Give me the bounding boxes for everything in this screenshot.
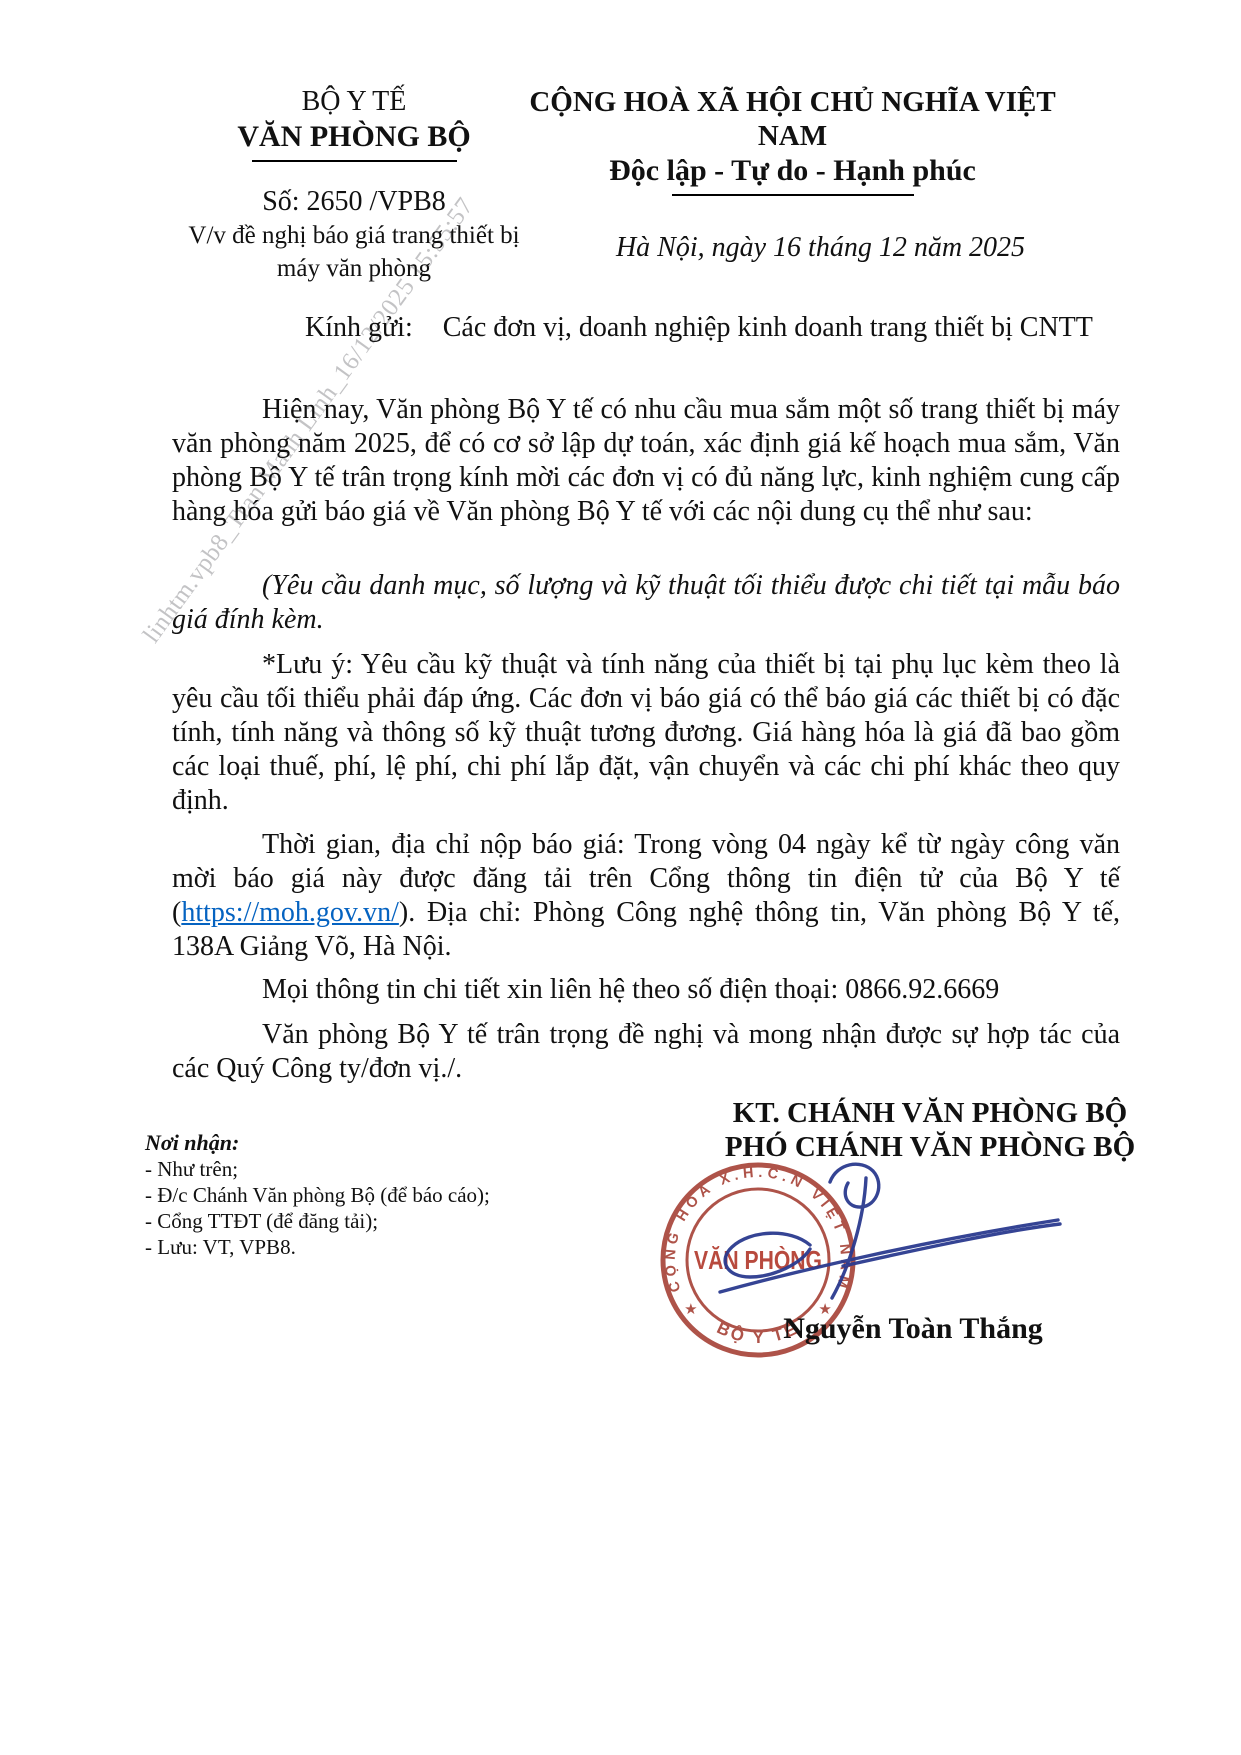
- body-paragraph-deadline-address: Thời gian, địa chỉ nộp báo giá: Trong vò…: [172, 828, 1120, 964]
- signature-top-curl: [830, 1164, 879, 1207]
- body-paragraph-closing: Văn phòng Bộ Y tế trân trọng đề nghị và …: [172, 1018, 1120, 1086]
- recipient-item: - Cổng TTĐT (để đăng tải);: [145, 1208, 490, 1234]
- header-national-motto: CỘNG HOÀ XÃ HỘI CHỦ NGHĨA VIỆT NAM Độc l…: [500, 85, 1085, 264]
- place-dateline: Hà Nội, ngày 16 tháng 12 năm 2025: [528, 232, 1113, 264]
- salutation-label: Kính gửi:: [305, 312, 413, 343]
- salutation-line: Kính gửi:Các đơn vị, doanh nghiệp kinh d…: [305, 312, 1093, 344]
- national-title: CỘNG HOÀ XÃ HỘI CHỦ NGHĨA VIỆT NAM: [500, 85, 1085, 153]
- signer-name: Nguyễn Toàn Thắng: [763, 1312, 1063, 1346]
- recipients-block: Nơi nhận: - Như trên; - Đ/c Chánh Văn ph…: [145, 1130, 490, 1260]
- signature-flourish-2: [843, 1224, 1060, 1266]
- motto-underline: [672, 194, 914, 196]
- moh-portal-link[interactable]: https://moh.gov.vn/: [181, 897, 399, 928]
- recipient-item: - Như trên;: [145, 1156, 490, 1182]
- body-paragraph-contact-phone: Mọi thông tin chi tiết xin liên hệ theo …: [172, 973, 1120, 1007]
- national-motto: Độc lập - Tự do - Hạnh phúc: [500, 153, 1085, 189]
- salutation-recipient: Các đơn vị, doanh nghiệp kinh doanh tran…: [443, 312, 1093, 343]
- body-paragraph-intro: Hiện nay, Văn phòng Bộ Y tế có nhu cầu m…: [172, 393, 1120, 529]
- recipient-item: - Lưu: VT, VPB8.: [145, 1234, 490, 1260]
- document-page: linhtm.vpb8_Tran Manh Linh_16/12/2025 15…: [0, 0, 1241, 1755]
- body-paragraph-luu-y: *Lưu ý: Yêu cầu kỹ thuật và tính năng củ…: [172, 648, 1120, 818]
- recipients-label: Nơi nhận:: [145, 1130, 490, 1156]
- recipient-item: - Đ/c Chánh Văn phòng Bộ (để báo cáo);: [145, 1182, 490, 1208]
- signature-down-stroke: [832, 1178, 866, 1298]
- handwritten-signature: [680, 1150, 1100, 1320]
- signing-title-1: KT. CHÁNH VĂN PHÒNG BỘ: [722, 1096, 1138, 1130]
- org-name-underline: [252, 160, 457, 162]
- body-paragraph-requirements-note: (Yêu cầu danh mục, số lượng và kỹ thuật …: [172, 569, 1120, 637]
